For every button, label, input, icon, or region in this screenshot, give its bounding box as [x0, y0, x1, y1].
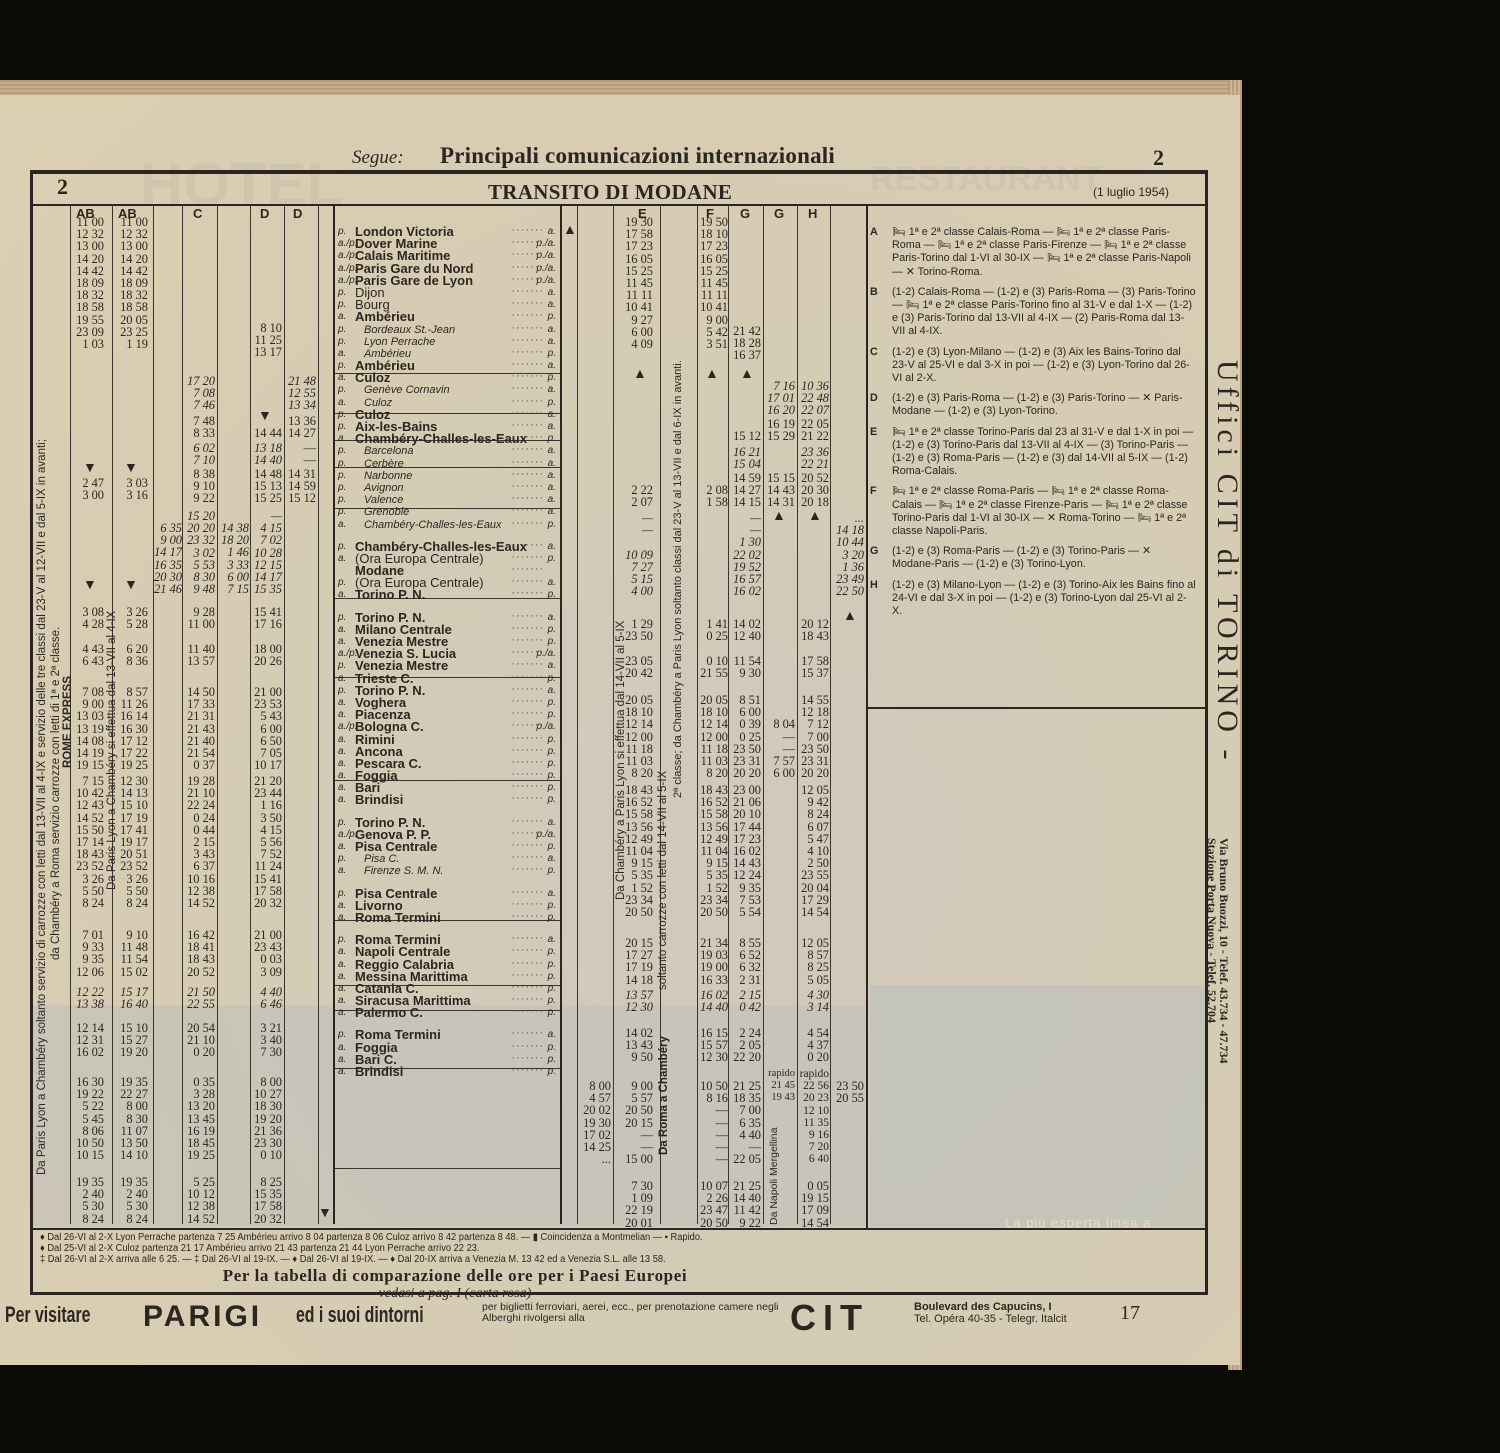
time-column-g2: 7 16 17 01 16 20: [763, 380, 795, 417]
up-arrow-icon: ▲: [705, 366, 719, 380]
station-pa-marker: a.: [338, 1007, 346, 1019]
time-column-f: 19 50 18 10 17 23 16 05 15 25 11 45 11 1…: [690, 216, 728, 350]
station-pa-marker: a.: [338, 734, 346, 746]
station-ap-marker: p.: [548, 348, 556, 360]
notes-divider: [866, 204, 868, 1229]
station-ap-marker: a.: [548, 541, 556, 553]
leader-dots: ·······: [511, 382, 544, 394]
segue-label: Segue:: [352, 147, 404, 169]
leader-dots: ·······: [511, 957, 544, 969]
leader-dots: ·······: [511, 1005, 544, 1017]
station-ap-marker: a.: [548, 494, 556, 506]
time-column-c: 14 50 17 33 21 31 21 43 21 40 21 54 0 37: [182, 686, 215, 771]
train-note-text: (1-2) e (3) Roma-Paris — (1-2) e (3) Tor…: [892, 545, 1151, 570]
leader-dots: ·······: [511, 1040, 544, 1052]
time-column-g1: 2 15 0 42: [728, 989, 761, 1013]
time-column-d1: 8 10 11 25 13 17: [250, 322, 282, 359]
station-row: a.Brindisi·······p.: [338, 1066, 556, 1078]
station-pa-marker: a.: [338, 782, 346, 794]
col-header-g-1: G: [740, 206, 750, 221]
time-column-f: 1 41 0 25 0 10 21 55: [690, 618, 728, 679]
station-pa-marker: a.: [338, 372, 346, 384]
station-pa-marker: a.: [338, 841, 346, 853]
station-pa-marker: p.: [338, 934, 346, 946]
rome-express-label: ROME EXPRESS: [62, 676, 74, 768]
station-ap-marker: a.: [548, 287, 556, 299]
up-arrow-icon: ▲: [740, 366, 754, 380]
time-column-ab1: 7 15 10 42 12 43 14 52 15 50 17 14 18 43…: [70, 775, 104, 909]
station-pa-marker: a.: [338, 348, 346, 360]
time-column-south-1: 6 35 9 00 14 17 16 35 20 30 21 46: [150, 522, 182, 595]
leader-dots: ·······: [511, 671, 544, 683]
up-arrow-icon: ▲: [772, 508, 786, 522]
station-pa-marker: p.: [338, 817, 346, 829]
leader-dots: ·······: [511, 334, 544, 346]
station-pa-marker: p.: [338, 287, 346, 299]
time-column-e: 20 15 17 27 17 19 14 18: [613, 937, 653, 986]
leader-dots: ·······: [511, 587, 544, 599]
station-pa-marker: p.: [338, 421, 346, 433]
station-ap-marker: p.: [548, 1042, 556, 1054]
leader-dots: ·······: [511, 944, 544, 956]
station-ap-marker: a.: [548, 299, 556, 311]
train-note: E🛏 1ª e 2ª classe Torino-Paris dal 23 al…: [870, 426, 1196, 479]
time-column-f: 20 05 18 10 12 14 12 00 11 18 11 03 8 20: [690, 694, 728, 779]
time-column-h: 20 12 18 43 17 58 15 37: [797, 618, 829, 679]
time-column-d1: 8 00 10 27 18 30 19 20 21 36 23 30 0 10: [250, 1076, 282, 1161]
station-name: Valence: [364, 494, 403, 506]
station-pa-marker: a.: [338, 1042, 346, 1054]
leader-dots: ·······: [511, 932, 544, 944]
vertical-note-left-outer: Da Paris Lyon a Chambéry soltanto serviz…: [36, 439, 48, 1175]
station-ap-marker: a.: [548, 934, 556, 946]
station-pa-marker: p.: [338, 226, 346, 238]
station-pa-marker: a.: [338, 995, 346, 1007]
train-note-text: 🛏 1ª e 2ª classe Calais-Roma — 🛏 1ª e 2ª…: [892, 226, 1191, 278]
sidebar-advert-line1: Via Bruno Buozzi, 10 - Telef. 43.734 - 4…: [1218, 838, 1230, 1064]
station-ap-marker: a.: [548, 384, 556, 396]
station-ap-marker: p.: [548, 311, 556, 323]
station-pa-marker: p.: [338, 482, 346, 494]
time-column-ab2: 9 10 11 48 11 54 15 02: [112, 929, 148, 978]
station-ap-marker: a.: [548, 1029, 556, 1041]
station-ap-marker: a.: [548, 888, 556, 900]
station-pa-marker: p.: [338, 685, 346, 697]
time-column-e: 19 30 17 58 17 23 16 05 15 25 11 45 11 1…: [613, 216, 653, 350]
time-column-ab1: 11 00 12 32 13 00 14 20 14 42 18 09 18 3…: [70, 216, 104, 350]
station-name: Brindisi: [355, 1066, 403, 1078]
time-column-ab1: 7 08 9 00 13 03 13 19 14 08 14 19 19 15: [70, 686, 104, 771]
time-column-f: 10 07 2 26 23 47 20 50: [690, 1180, 728, 1229]
col-header-d-1: D: [260, 206, 269, 221]
train-note: B(1-2) Calais-Roma — (1-2) e (3) Paris-R…: [870, 286, 1196, 339]
time-column-d1: 4 40 6 46: [250, 986, 282, 1010]
time-column-g1: 14 59 14 27 14 15: [728, 472, 761, 509]
station-pa-marker: a.: [338, 697, 346, 709]
station-list: p.London Victoria·······a.a./p.Dover Mar…: [338, 226, 556, 1078]
station-pa-marker: p.: [338, 324, 346, 336]
column-divider: [318, 204, 319, 1224]
station-ap-marker: a.: [548, 445, 556, 457]
leader-dots: ·······: [511, 346, 544, 358]
time-column-g1: 21 42 18 28 16 37: [728, 325, 761, 362]
train-note-letter: A: [870, 226, 878, 239]
leader-dots: ·······: [511, 981, 544, 993]
station-ap-marker: a.: [548, 660, 556, 672]
time-column-c: 15 20 20 20 23 32 3 02 5 53 8 30 9 48: [182, 510, 215, 595]
station-ap-marker: p.: [548, 912, 556, 924]
time-column-ab1: 7 01 9 33 9 35 12 06: [70, 929, 104, 978]
station-pa-marker: a.: [338, 311, 346, 323]
leader-dots: ·······: [511, 1064, 544, 1076]
time-column-c: 8 38 9 10 9 22: [182, 468, 215, 505]
station-name: Bordeaux St.-Jean: [364, 324, 455, 336]
column-divider: [333, 204, 335, 1224]
time-column-h: 23 36 22 21: [797, 446, 829, 470]
time-column-g2: 15 15 14 43 14 31: [763, 472, 795, 509]
vertical-note-napoli: Da Napoli Mergellina: [768, 1128, 780, 1225]
time-column-c: 20 54 21 10 0 20: [182, 1022, 215, 1059]
time-column-ab2: 11 00 12 32 13 00 14 20 14 42 18 09 18 3…: [112, 216, 148, 350]
station-name: Chambéry-Challes-les-Eaux: [355, 433, 527, 445]
station-ap-marker: p.: [548, 589, 556, 601]
train-note-letter: E: [870, 426, 877, 439]
down-arrow-icon: ▼: [124, 460, 138, 474]
station-ap-marker: p.: [548, 983, 556, 995]
advert-address-line2: Tel. Opéra 40-35 - Telegr. Italcit: [914, 1313, 1067, 1325]
station-pa-marker: a.: [338, 433, 346, 445]
col-header-h: H: [808, 206, 817, 221]
station-name: Chambéry-Challes-les-Eaux: [364, 519, 502, 531]
leader-dots: ·······: [511, 575, 544, 587]
station-ap-marker: p.: [548, 553, 556, 565]
leader-dots: ·······: [511, 480, 544, 492]
station-ap-marker: p.: [548, 746, 556, 758]
station-ap-marker: p.: [548, 636, 556, 648]
vertical-note-right-e2: soltanto carrozze con letti dal 14-VII a…: [657, 771, 669, 990]
train-note: H(1-2) e (3) Milano-Lyon — (1-2) e (3) T…: [870, 579, 1196, 619]
station-row: a.Torino P. N.·······p.: [338, 589, 556, 601]
down-arrow-icon: ▼: [318, 1205, 332, 1219]
station-ap-marker: p.: [548, 697, 556, 709]
time-column-f: 10 50 8 16 — — — — —: [690, 1080, 728, 1165]
time-column-c: 5 25 10 12 12 38 14 52: [182, 1176, 215, 1225]
leader-dots: ·······: [511, 1027, 544, 1039]
train-note-letter: G: [870, 545, 878, 558]
leader-dots: ·······: [511, 517, 544, 529]
page-section-number: 2: [1153, 145, 1164, 171]
leader-dots: ·······: [511, 863, 544, 875]
time-column-last: ... 14 18 10 44 3 20 1 36 23 49 22 50: [830, 512, 864, 597]
leader-dots: ·······: [511, 886, 544, 898]
down-arrow-icon: ▼: [124, 577, 138, 591]
station-name: Avignon: [364, 482, 404, 494]
time-column-e: 7 30 1 09 22 19 20 01: [613, 1180, 653, 1229]
leader-dots: ·······: [511, 322, 544, 334]
col-header-c: C: [193, 206, 202, 221]
time-column-d1: 3 21 3 40 7 30: [250, 1022, 282, 1059]
time-column-g1: 8 51 6 00 0 39 0 25 23 50 23 31 20 20: [728, 694, 761, 779]
time-column-g1: 16 21 15 04: [728, 446, 761, 470]
time-column-c: 17 20 7 08 7 46: [182, 375, 215, 412]
time-column-ab1: 19 35 2 40 5 30 8 24: [70, 1176, 104, 1225]
train-note-letter: C: [870, 346, 878, 359]
vertical-note-right-f: 2ª classe; da Chambéry a Paris Lyon solt…: [672, 360, 684, 798]
station-ap-marker: p.: [548, 1007, 556, 1019]
time-column-g1: — — 1 30 22 02 19 52 16 57 16 02: [728, 512, 761, 597]
train-note-letter: F: [870, 485, 877, 498]
time-column-g2: rapido 21 45 19 43: [763, 1068, 795, 1105]
advert-address: Boulevard des Capucins, I Tel. Opéra 40-…: [914, 1302, 1067, 1325]
leader-dots: ·······: [511, 732, 544, 744]
time-column-d1: 8 25 15 35 17 58 20 32: [250, 1176, 282, 1225]
station-name: Culoz: [355, 372, 390, 384]
leader-dots: ·······: [511, 1052, 544, 1064]
time-column-h: 22 05 21 22: [797, 418, 829, 442]
time-column-g2: 8 04 — — 7 57 6 00: [763, 694, 795, 779]
page-number: 17: [1120, 1302, 1140, 1325]
table-number: 2: [57, 174, 68, 200]
time-column-h: 12 05 9 42 8 24 6 07 5 47 4 10 2 50 23 5…: [797, 784, 829, 918]
leader-dots: ·······: [511, 563, 544, 575]
station-pa-marker: p.: [338, 612, 346, 624]
station-ap-marker: a.: [548, 506, 556, 518]
station-pa-marker: p.: [338, 541, 346, 553]
leader-dots: ·······: [511, 622, 544, 634]
col-header-g-2: G: [774, 206, 784, 221]
time-column-g1: 14 02 12 40 11 54 9 30: [728, 618, 761, 679]
column-divider: [284, 204, 285, 1224]
station-pa-marker: p.: [338, 506, 346, 518]
time-column-c: 6 02 7 10: [182, 442, 215, 466]
station-ap-marker: p.: [548, 782, 556, 794]
column-divider: [830, 204, 831, 1224]
station-pa-marker: p.: [338, 360, 346, 372]
station-ap-marker: p.: [548, 946, 556, 958]
station-pa-marker: a.: [338, 519, 346, 531]
time-column-d1: 14 48 15 13 15 25: [250, 468, 282, 505]
leader-dots: ·······: [511, 431, 544, 443]
time-column-h: 4 30 3 14: [797, 989, 829, 1013]
station-pa-marker: a.: [338, 946, 346, 958]
time-column-ab1: 12 14 12 31 16 02: [70, 1022, 104, 1059]
down-arrow-icon: ▼: [83, 577, 97, 591]
train-note: F🛏 1ª e 2ª classe Roma-Paris — 🛏 1ª e 2ª…: [870, 485, 1196, 538]
station-pa-marker: p.: [338, 577, 346, 589]
station-pa-marker: a.: [338, 983, 346, 995]
station-pa-marker: p.: [338, 1029, 346, 1041]
leader-dots: ·······: [511, 309, 544, 321]
footnote: ‡ Dal 26-VI al 2-X arriva alle 6 25. — ‡…: [40, 1254, 829, 1265]
time-column-g1: 23 00 21 06 20 10 17 44 17 23 16 02 14 4…: [728, 784, 761, 918]
station-row: a.Roma Termini·······p.: [338, 912, 556, 924]
leader-dots: ·······: [511, 297, 544, 309]
notes-bottom-rule: [868, 707, 1205, 709]
time-column-d1: 14 44: [250, 427, 282, 439]
train-note: A🛏 1ª e 2ª classe Calais-Roma — 🛏 1ª e 2…: [870, 226, 1196, 279]
station-row: a.Palermo C.·······p.: [338, 1007, 556, 1019]
station-name: Lyon Perrache: [364, 336, 435, 348]
station-pa-marker: p.: [338, 409, 346, 421]
station-name: Genève Cornavin: [364, 384, 450, 396]
station-pa-marker: p.: [338, 299, 346, 311]
up-arrow-icon: ▲: [808, 508, 822, 522]
time-column-ab1: 3 08 4 28 4 43 6 43: [70, 606, 104, 667]
station-ap-marker: a.: [548, 409, 556, 421]
station-pa-marker: a.: [338, 624, 346, 636]
leader-dots: ·······: [511, 539, 544, 551]
time-column-f: 21 34 19 03 19 00 16 33: [690, 937, 728, 986]
leader-dots: ·······: [511, 780, 544, 792]
station-ap-marker: p.: [548, 673, 556, 685]
station-ap-marker: a.: [548, 482, 556, 494]
station-ap-marker: a.: [548, 324, 556, 336]
cit-logo: CIT: [790, 1297, 869, 1339]
station-name: Firenze S. M. N.: [364, 865, 443, 877]
station-ap-marker: a.: [548, 612, 556, 624]
time-column-c: 7 48 8 33: [182, 415, 215, 439]
time-column-c: 16 42 18 41 18 43 20 52: [182, 929, 215, 978]
advert-parigi: PARIGI: [143, 1300, 262, 1334]
station-ap-marker: a.: [548, 853, 556, 865]
station-name: Palermo C.: [355, 1007, 423, 1019]
station-ap-marker: p.: [548, 734, 556, 746]
leader-dots: ·······: [511, 815, 544, 827]
station-row: a.Firenze S. M. N.·······p.: [338, 865, 556, 877]
station-pa-marker: a.: [338, 709, 346, 721]
station-ap-marker: p.: [548, 1054, 556, 1066]
station-row: a.Chambéry-Challes-les-Eaux·······p.: [338, 519, 556, 531]
leader-dots: ·······: [511, 744, 544, 756]
leader-dots: ·······: [511, 683, 544, 695]
leader-dots: ·······: [511, 407, 544, 419]
time-column-h: 0 05 19 15 17 09 14 54: [797, 1180, 829, 1229]
leader-dots: ·······: [511, 443, 544, 455]
time-column-h: rapido 22 56 20 23 12 10 11 35 9 16 7 20…: [797, 1068, 829, 1166]
station-pa-marker: a.: [338, 865, 346, 877]
station-ap-marker: p.: [548, 865, 556, 877]
page-header: Segue: Principali comunicazioni internaz…: [0, 143, 1240, 173]
station-pa-marker: p.: [338, 853, 346, 865]
station-pa-marker: p.: [338, 336, 346, 348]
time-column-h: 14 55 12 18 7 12 7 00 23 50 23 31 20 20: [797, 694, 829, 779]
time-column-f: 2 08 1 58: [690, 484, 728, 508]
station-name: Torino P. N.: [355, 589, 425, 601]
sidebar-advert-title: Uffici CIT di TORINO -: [1210, 360, 1244, 764]
station-pa-marker: a.: [338, 758, 346, 770]
station-pa-marker: a.: [338, 553, 346, 565]
time-column-g1: 21 25 18 35 7 00 6 35 4 40 — 22 05: [728, 1080, 761, 1165]
station-ap-marker: p.: [548, 794, 556, 806]
table-header: 2 TRANSITO DI MODANE (1 luglio 1954): [33, 174, 1205, 206]
station-ap-marker: p.: [548, 995, 556, 1007]
station-ap-marker: p.: [548, 397, 556, 409]
station-ap-marker: p.: [548, 372, 556, 384]
up-arrow-icon: ▲: [563, 222, 577, 236]
leader-dots: ·······: [511, 993, 544, 1005]
station-pa-marker: a.: [338, 912, 346, 924]
time-column-c: 19 28 21 10 22 24 0 24 0 44 2 15 3 43 6 …: [182, 775, 215, 909]
advert-small-text: per biglietti ferroviari, aerei, ecc., p…: [482, 1302, 802, 1324]
train-note: C(1-2) e (3) Lyon-Milano — (1-2) e (3) A…: [870, 346, 1196, 386]
train-note: D(1-2) e (3) Paris-Roma — (1-2) e (3) Pa…: [870, 392, 1196, 418]
time-column-ab1: 2 47 3 00: [70, 477, 104, 501]
station-ap-marker: a.: [548, 360, 556, 372]
up-arrow-icon: ▲: [633, 366, 647, 380]
time-column-g2: 16 19 15 29: [763, 418, 795, 442]
advert-address-line1: Boulevard des Capucins, I: [914, 1301, 1052, 1313]
train-note-text: (1-2) e (3) Paris-Roma — (1-2) e (3) Par…: [892, 392, 1182, 417]
time-column-h: 12 05 8 57 8 25 5 05: [797, 937, 829, 986]
leader-dots: ·······: [511, 370, 544, 382]
time-column-h: 4 54 4 37 0 20: [797, 1027, 829, 1064]
leader-dots: ·······: [511, 285, 544, 297]
station-pa-marker: a.: [338, 589, 346, 601]
station-name: Cerbère: [364, 458, 404, 470]
station-ap-marker: p.: [548, 433, 556, 445]
time-column-last: 23 50 20 55: [830, 1080, 864, 1104]
train-note-letter: H: [870, 579, 878, 592]
station-ap-marker: a.: [548, 458, 556, 470]
station-name: Barcelona: [364, 445, 414, 457]
train-note-text: 🛏 1ª e 2ª classe Torino-Paris dal 23 al …: [892, 426, 1193, 478]
station-pa-marker: a.: [338, 959, 346, 971]
station-pa-marker: a.: [338, 794, 346, 806]
time-column-first: 8 00 4 57 20 02 19 30 17 02 14 25 ...: [577, 1080, 611, 1165]
time-column-g1: 8 55 6 52 6 32 2 31: [728, 937, 761, 986]
train-note-text: (1-2) e (3) Lyon-Milano — (1-2) e (3) Ai…: [892, 346, 1190, 384]
station-pa-marker: a.: [338, 1054, 346, 1066]
bottom-advert: Per visitare PARIGI ed i suoi dintorni p…: [0, 1297, 1240, 1337]
leader-dots: ·······: [511, 492, 544, 504]
train-note-text: (1-2) e (3) Milano-Lyon — (1-2) e (3) To…: [892, 579, 1196, 617]
time-column-ab2: 15 10 15 27 19 20: [112, 1022, 148, 1059]
up-arrow-icon: ▲: [843, 608, 857, 622]
column-divider: [153, 204, 154, 1224]
station-pa-marker: p.: [338, 660, 346, 672]
station-pa-marker: a.: [338, 746, 346, 758]
train-notes: A🛏 1ª e 2ª classe Calais-Roma — 🛏 1ª e 2…: [870, 226, 1196, 625]
time-column-d2: 14 31 14 59 15 12: [284, 468, 316, 505]
footnotes: ♦ Dal 26-VI al 2-X Lyon Perrache partenz…: [40, 1232, 829, 1265]
station-pa-marker: p.: [338, 458, 346, 470]
station-name: Pisa C.: [364, 853, 399, 865]
train-note-letter: D: [870, 392, 878, 405]
station-ap-marker: p.: [548, 624, 556, 636]
down-arrow-icon: ▼: [83, 460, 97, 474]
leader-dots: ·······: [511, 756, 544, 768]
station-name: Pisa Centrale: [355, 841, 437, 853]
station-row: a.Brindisi·······p.: [338, 794, 556, 806]
advert-per-visitare: Per visitare: [5, 1302, 90, 1328]
leader-dots: ·······: [511, 504, 544, 516]
station-pa-marker: a.: [338, 770, 346, 782]
time-column-h: 10 36 22 48 22 07: [797, 380, 829, 417]
time-column-d1: — 4 15 7 02 10 28 12 15 14 17 15 35: [250, 510, 282, 595]
time-column-g1: 21 25 14 40 11 42 9 22: [728, 1180, 761, 1229]
station-ap-marker: a.: [548, 577, 556, 589]
leader-dots: ·······: [511, 898, 544, 910]
station-pa-marker: p.: [338, 470, 346, 482]
train-note-text: 🛏 1ª e 2ª classe Roma-Paris — 🛏 1ª e 2ª …: [892, 485, 1187, 537]
vertical-note-left-inner: Da Paris Lyon a Chambéry si effettua dal…: [106, 611, 118, 890]
station-ap-marker: p.: [548, 1066, 556, 1078]
station-ap-marker: a.: [548, 817, 556, 829]
station-ap-marker: p.: [548, 709, 556, 721]
leader-dots: ·······: [511, 468, 544, 480]
leader-dots: ·······: [511, 707, 544, 719]
station-name: Roma Termini: [355, 912, 441, 924]
